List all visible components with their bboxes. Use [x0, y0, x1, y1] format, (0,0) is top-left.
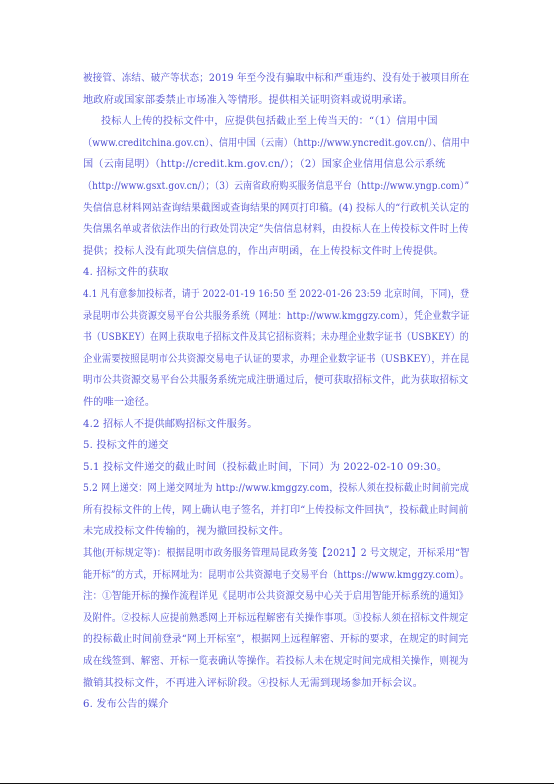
section-heading-4: 4. 招标文件的获取 — [83, 262, 469, 284]
paragraph-line: 及附件。②投标人应提前熟悉网上开标远程解密有关操作事项。③投标人须在招标文件规定 — [83, 608, 444, 630]
paragraph-line: 成在线签到、解密、开标一览表确认等操作。若投标人未在规定时间完成相关操作，则视为 — [83, 651, 444, 673]
paragraph-line: 失信信息材料网站查询结果截图或查询结果的网页打印稿。(4) 投标人的“行政机关认… — [83, 198, 451, 220]
paragraph-line: 能开标”的方式，开标网址为：昆明市公共资源电子交易平台（https://www.… — [83, 565, 429, 587]
paragraph-line: 注：①智能开标的操作流程详见《昆明市公共资源交易中心关于启用智能开标系统的通知》 — [83, 586, 444, 608]
paragraph-line: 录昆明市公共资源交易平台公共服务系统（网址：http://www.kmggzy.… — [83, 306, 430, 328]
paragraph-line: 未完成投标文件传输的，视为撤回投标文件。 — [83, 521, 469, 543]
paragraph-line: 提供；投标人没有此项失信信息的，作出声明函，在上传投标文件时上传提供。 — [83, 241, 469, 263]
paragraph-line: 撤销其投标文件，不再进入评标阶段。④投标人无需到现场参加开标会议。 — [83, 673, 469, 695]
paragraph-line: 书（USBKEY）在网上获取电子招标文件及其它招标资料；未办理企业数字证书（US… — [83, 327, 420, 349]
paragraph-line: 地政府或国家部委禁止市场准入等情形。提供相关证明资料或说明承诺。 — [83, 90, 469, 112]
paragraph-line: （http://www.gsxt.gov.cn/）；（3）云南省政府购买服务信息… — [83, 176, 422, 198]
paragraph-line: 被接管、冻结、破产等状态；2019 年至今没有骗取中标和严重违约、没有处于被项目… — [83, 68, 446, 90]
paragraph-line: （www.creditchina.gov.cn）、信用中国（云南）（http:/… — [83, 133, 429, 155]
paragraph-line: 4.1 凡有意参加投标者，请于 2022-01-19 16:50 至 2022-… — [83, 284, 421, 306]
section-heading-5: 5. 投标文件的递交 — [83, 435, 469, 457]
paragraph-line: 5.2 网上递交：网上递交网址为 http://www.kmggzy.com，投… — [83, 478, 431, 500]
paragraph-line: 企业需要按照昆明市公共资源交易电子认证的要求，办理企业数字证书（USBKEY），… — [83, 349, 436, 371]
paragraph-line: 明市公共资源交易平台公共服务系统完成注册通过后，便可获取招标文件，此为获取招标文 — [83, 370, 444, 392]
paragraph-line: 4.2 招标人不提供邮购招标文件服务。 — [83, 414, 469, 436]
paragraph-line: 5.1 投标文件递交的截止时间（投标截止时间，下同）为 2022-02-10 0… — [83, 457, 469, 479]
document-body: 被接管、冻结、破产等状态；2019 年至今没有骗取中标和严重违约、没有处于被项目… — [83, 68, 470, 716]
paragraph-line: 所有投标文件的上传，网上确认电子签名，并打印“上传投标文件回执”，投标截止时间前 — [83, 500, 453, 522]
paragraph-line: 国（云南昆明）（http://credit.km.gov.cn/）；（2）国家企… — [83, 154, 469, 176]
paragraph-line: 件的唯一途径。 — [83, 392, 469, 414]
section-heading-6: 6. 发布公告的媒介 — [83, 694, 469, 716]
paragraph-line: 其他(开标规定等)：根据昆明市政务服务管理局昆政务笺【2021】2 号文规定，开… — [83, 543, 437, 565]
paragraph-line: 投标人上传的投标文件中，应提供包括截止至上传当天的：“（1）信用中国 — [83, 111, 469, 133]
paragraph-line: 失信黑名单或者依法作出的行政处罚决定”失信信息材料，由投标人在上传投标文件时上传 — [83, 219, 448, 241]
paragraph-line: 的投标截止时间前登录“网上开标室”，根据网上远程解密、开标的要求，在规定的时间完 — [83, 629, 453, 651]
document-page: 被接管、冻结、破产等状态；2019 年至今没有骗取中标和严重违约、没有处于被项目… — [0, 0, 554, 784]
